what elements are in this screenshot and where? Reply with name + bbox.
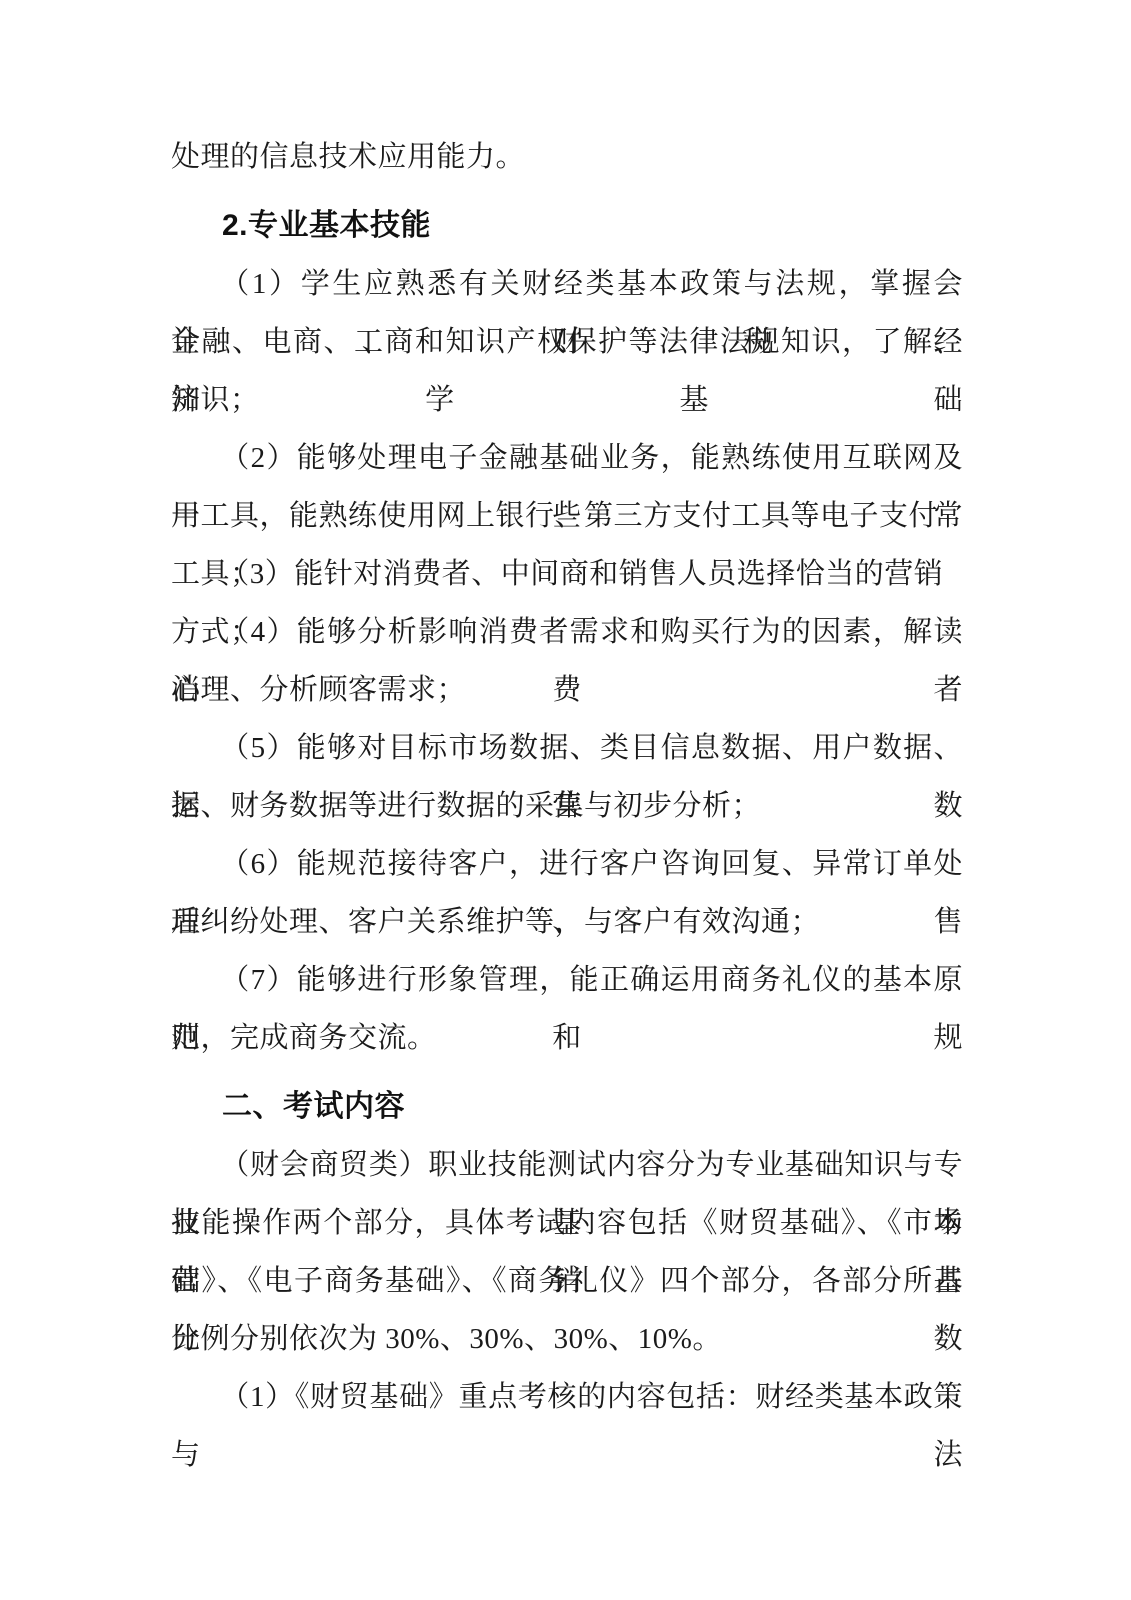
- text-line: （4）能够分析影响消费者需求和购买行为的因素，解读消费者: [171, 603, 963, 661]
- text-line: （2）能够处理电子金融基础业务，能熟练使用互联网及一些常: [171, 429, 963, 487]
- text-line: （6）能规范接待客户，进行客户咨询回复、异常订单处理、售: [171, 835, 963, 893]
- text-line: （财会商贸类）职业技能测试内容分为专业基础知识与专业基本: [171, 1136, 963, 1194]
- document-page: 处理的信息技术应用能力。2.专业基本技能（1）学生应熟悉有关财经类基本政策与法规…: [0, 0, 1131, 1600]
- text-line: 础》、《电子商务基础》、《商务礼仪》四个部分，各部分所占分数: [171, 1252, 963, 1310]
- text-line: （1）学生应熟悉有关财经类基本政策与法规，掌握会计、财税、: [171, 255, 963, 313]
- section-heading: 二、考试内容: [171, 1078, 963, 1136]
- text-line: （1）《财贸基础》重点考核的内容包括：财经类基本政策与法: [171, 1368, 963, 1426]
- text-line: 金融、电商、工商和知识产权保护等法律法规知识，了解经济学基础: [171, 313, 963, 371]
- text-line: 技能操作两个部分，具体考试内容包括《财贸基础》、《市场营销基: [171, 1194, 963, 1252]
- text-line: （7）能够进行形象管理，能正确运用商务礼仪的基本原则和规: [171, 951, 963, 1009]
- section-heading: 2.专业基本技能: [171, 197, 963, 255]
- text-line: 用工具，能熟练使用网上银行、第三方支付工具等电子支付工具；: [171, 487, 963, 545]
- document-content: 处理的信息技术应用能力。2.专业基本技能（1）学生应熟悉有关财经类基本政策与法规…: [171, 128, 963, 1426]
- text-line: （5）能够对目标市场数据、类目信息数据、用户数据、运营数: [171, 719, 963, 777]
- text-line: 处理的信息技术应用能力。: [171, 128, 963, 186]
- text-line: （3）能针对消费者、中间商和销售人员选择恰当的营销方式；: [171, 545, 963, 603]
